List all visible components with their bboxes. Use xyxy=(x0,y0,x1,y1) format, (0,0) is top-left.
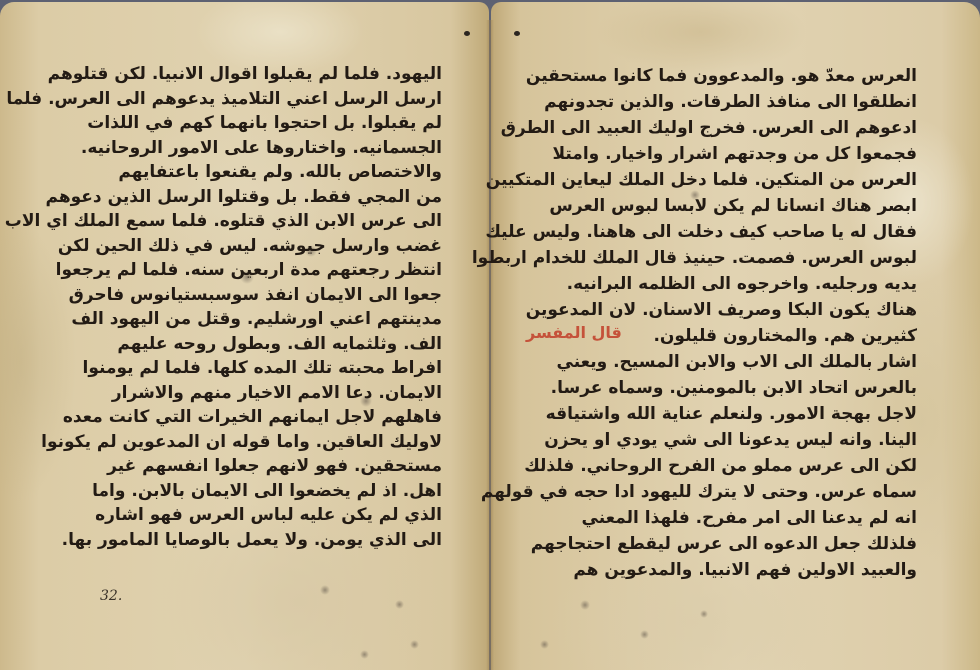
text-line: كثيرين هم. والمختارون قليلون. xyxy=(653,324,917,348)
text-line: ارسل الرسل اعني التلاميذ يدعوهم الى العر… xyxy=(6,87,442,111)
foxing-spot xyxy=(320,585,330,595)
text-line: فلذلك جعل الدعوه الى عرس ليقطع احتجاجهم xyxy=(531,532,917,556)
text-line: والعبيد الاولين فهم الانبيا. والمدعوين ه… xyxy=(573,558,917,582)
foxing-spot xyxy=(410,640,419,649)
text-line: فاهلهم لاجل ايمانهم الخيرات التي كانت مع… xyxy=(63,405,442,429)
text-line: الايمان. دعا الامم الاخيار منهم والاشرار xyxy=(112,381,442,405)
foxing-spot xyxy=(395,600,404,609)
text-line: لم يقبلوا. بل احتجوا بانهما كهم في اللذا… xyxy=(87,111,442,135)
text-line: الى الذي يومن. ولا يعمل بالوصايا المامور… xyxy=(62,528,442,552)
book-gutter xyxy=(486,20,494,670)
text-line: هناك يكون البكا وصريف الاسنان. لان المدع… xyxy=(526,298,917,322)
text-line: فجمعوا كل من وجدتهم اشرار واخيار. وامتلا xyxy=(552,142,917,166)
right-page-text: العرس معدّ هو. والمدعوون فما كانوا مستحق… xyxy=(519,60,917,580)
text-line: انه لم يدعنا الى امر مفرح. فلهذا المعني xyxy=(582,506,917,530)
text-line: لبوس العرس. فصمت. حينيذ قال الملك للخدام… xyxy=(472,246,917,270)
binding-hole xyxy=(464,31,470,36)
text-line: ادعوهم الى العرس. فخرج اوليك العبيد الى … xyxy=(501,116,917,140)
text-line: اليهود. فلما لم يقبلوا اقوال الانبيا. لك… xyxy=(48,62,442,86)
left-page-text: اليهود. فلما لم يقبلوا اقوال الانبيا. لك… xyxy=(64,62,442,562)
binding-hole xyxy=(514,31,520,36)
text-line: بالعرس اتحاد الابن بالمومنين. وسماه عرسا… xyxy=(551,376,917,400)
text-line: جعوا الى الايمان انفذ سوسبستيانوس فاحرق xyxy=(69,283,442,307)
foxing-spot xyxy=(640,630,649,639)
text-line: الذي لم يكن عليه لباس العرس فهو اشاره xyxy=(95,503,442,527)
rubric-heading: قال المفسر xyxy=(526,323,622,342)
text-line: انتظر رجعتهم مدة اربعين سنه. فلما لم يرج… xyxy=(56,258,442,282)
text-line: العرس معدّ هو. والمدعوون فما كانوا مستحق… xyxy=(526,64,917,88)
text-line: اهل. اذ لم يخضعوا الى الايمان بالابن. وا… xyxy=(92,479,442,503)
text-line: العرس من المتكين. فلما دخل الملك ليعاين … xyxy=(486,168,917,192)
text-line: مستحقين. فهو لانهم جعلوا انفسهم غير xyxy=(107,454,442,478)
text-line: غضب وارسل جيوشه. ليس في ذلك الحين لكن xyxy=(58,234,442,258)
folio-number: 32. xyxy=(100,588,122,604)
text-line: افراط محبته تلك المده كلها. فلما لم يومن… xyxy=(83,356,442,380)
text-line: لاوليك العاقين. واما قوله ان المدعوين لم… xyxy=(41,430,442,454)
text-line: فقال له يا صاحب كيف دخلت الى هاهنا. وليس… xyxy=(485,220,917,244)
foxing-spot xyxy=(360,650,369,659)
text-line: من المجي فقط. بل وقتلوا الرسل الذين دعوه… xyxy=(46,185,442,209)
text-line: سماه عرس. وحتى لا يترك لليهود ادا حجه في… xyxy=(481,480,917,504)
text-line: لاجل بهجة الامور. ولنعلم عناية الله واشت… xyxy=(546,402,917,426)
foxing-spot xyxy=(580,600,590,610)
text-line: يديه ورجليه. واخرجوه الى الظلمه البرانيه… xyxy=(567,272,917,296)
text-line: اشار بالملك الى الاب والابن المسيح. ويعن… xyxy=(557,350,918,374)
foxing-spot xyxy=(700,610,708,618)
text-line: الف. وثلثمايه الف. وبطول روحه عليهم xyxy=(117,332,442,356)
text-line: والاختصاص بالله. ولم يقنعوا باعتفايهم xyxy=(118,160,442,184)
text-line: ابصر هناك انسانا لم يكن لابسا لبوس العرس xyxy=(549,194,917,218)
text-line: الى عرس الابن الذي قتلوه. فلما سمع الملك… xyxy=(5,209,442,233)
foxing-spot xyxy=(540,640,549,649)
text-line: لكن الى عرس مملو من الفرح الروحاني. فلذل… xyxy=(524,454,917,478)
text-line: انطلقوا الى منافذ الطرقات. والذين تجدونه… xyxy=(544,90,917,114)
text-line: الجسمانيه. واختاروها على الامور الروحاني… xyxy=(81,136,442,160)
text-line: الينا. وانه ليس يدعونا الى شي يودي او يح… xyxy=(544,428,917,452)
text-line: مدينتهم اعني اورشليم. وقتل من اليهود الف xyxy=(71,307,442,331)
